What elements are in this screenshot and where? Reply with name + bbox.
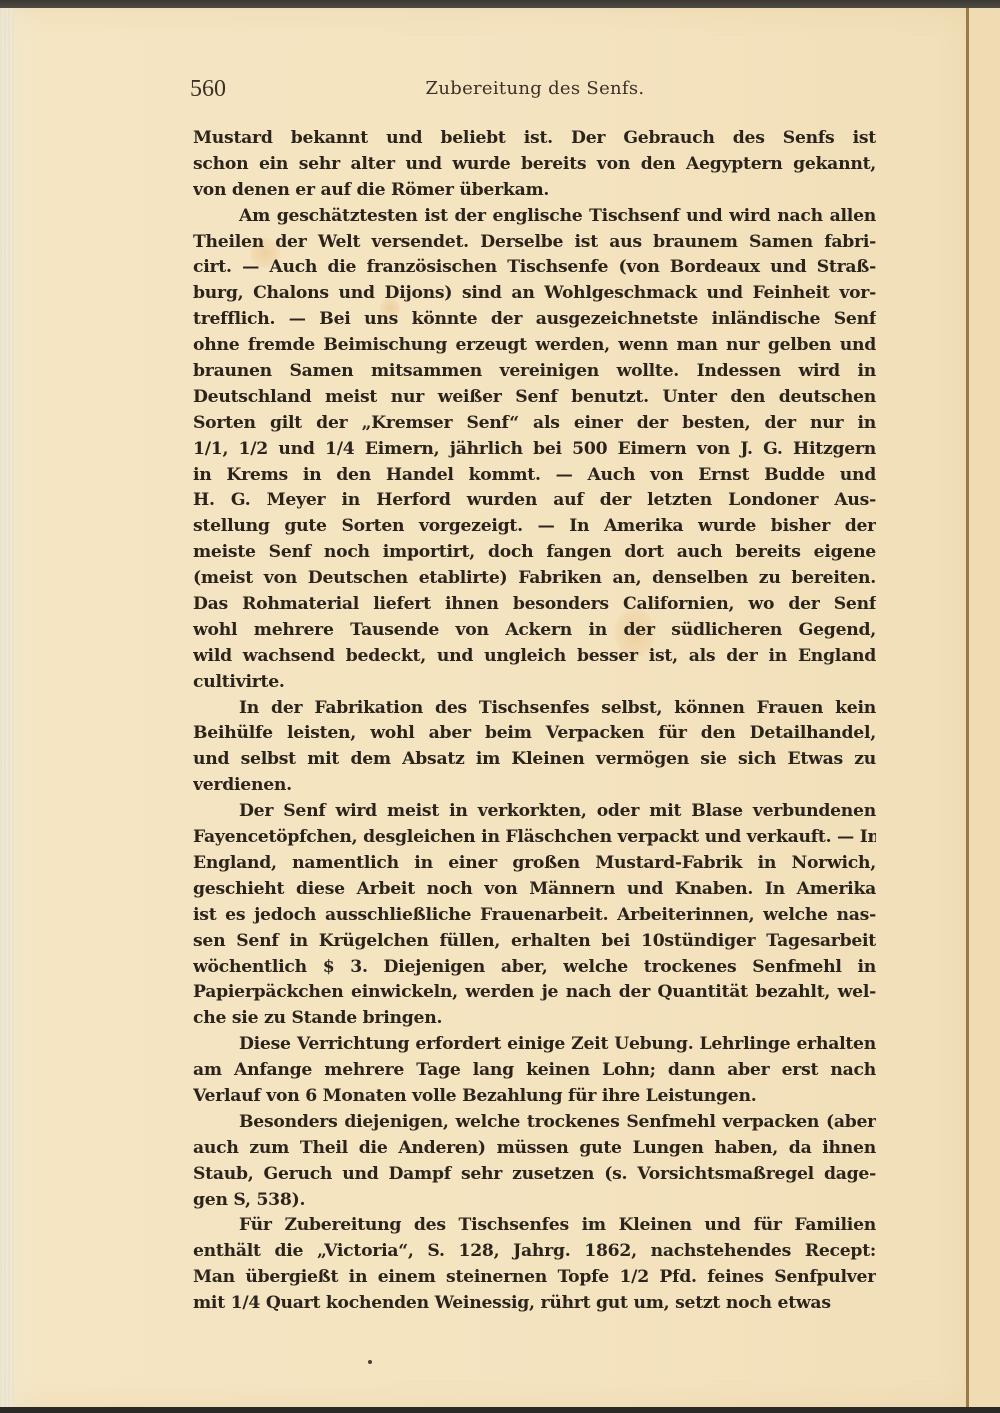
paragraph: In der Fabrikation des Tischsenfes selbs… bbox=[193, 696, 876, 800]
text-line: enthält die „Victoria“, S. 128, Jahrg. 1… bbox=[193, 1239, 876, 1265]
facing-page-edge bbox=[969, 8, 1000, 1408]
page-stack-edge bbox=[0, 8, 14, 1408]
text-line: wohl mehrere Tausende von Ackern in der … bbox=[193, 618, 876, 644]
scan-bottom-edge bbox=[0, 1407, 1000, 1413]
paragraph: Für Zubereitung des Tischsenfes im Klein… bbox=[193, 1213, 876, 1317]
text-line: Diese Verrichtung erfordert einige Zeit … bbox=[193, 1032, 876, 1058]
text-line: verdienen. bbox=[193, 773, 876, 799]
ink-speck bbox=[368, 1360, 372, 1364]
text-line: Sorten gilt der „Kremser Senf“ als einer… bbox=[193, 411, 876, 437]
text-line: meiste Senf noch importirt, doch fangen … bbox=[193, 540, 876, 566]
text-line: Verlauf von 6 Monaten volle Bezahlung fü… bbox=[193, 1084, 876, 1110]
text-line: Der Senf wird meist in verkorkten, oder … bbox=[193, 799, 876, 825]
running-head: 560 Zubereitung des Senfs. bbox=[190, 76, 880, 106]
paragraph: Mustard bekannt und beliebt ist. Der Geb… bbox=[193, 126, 876, 204]
text-line: und selbst mit dem Absatz im Kleinen ver… bbox=[193, 747, 876, 773]
text-line: Papierpäckchen einwickeln, werden je nac… bbox=[193, 980, 876, 1006]
text-line: burg, Chalons und Dijons) sind an Wohlge… bbox=[193, 281, 876, 307]
running-title: Zubereitung des Senfs. bbox=[190, 78, 880, 99]
paragraph: Der Senf wird meist in verkorkten, oder … bbox=[193, 799, 876, 1032]
paragraph: Diese Verrichtung erfordert einige Zeit … bbox=[193, 1032, 876, 1110]
paragraph: Am geschätztesten ist der englische Tisc… bbox=[193, 204, 876, 696]
text-line: cultivirte. bbox=[193, 670, 876, 696]
text-line: ohne fremde Beimischung erzeugt werden, … bbox=[193, 333, 876, 359]
paragraph: Besonders diejenigen, welche trockenes S… bbox=[193, 1110, 876, 1214]
body-text: Mustard bekannt und beliebt ist. Der Geb… bbox=[193, 126, 876, 1317]
text-line: am Anfange mehrere Tage lang keinen Lohn… bbox=[193, 1058, 876, 1084]
text-line: auch zum Theil die Anderen) müssen gute … bbox=[193, 1136, 876, 1162]
text-line: schon ein sehr alter und wurde bereits v… bbox=[193, 152, 876, 178]
text-line: Beihülfe leisten, wohl aber beim Verpack… bbox=[193, 721, 876, 747]
text-line: H. G. Meyer in Herford wurden auf der le… bbox=[193, 488, 876, 514]
text-line: (meist von Deutschen etablirte) Fabriken… bbox=[193, 566, 876, 592]
text-line: wöchentlich $ 3. Diejenigen aber, welche… bbox=[193, 955, 876, 981]
text-line: cirt. — Auch die französischen Tischsenf… bbox=[193, 255, 876, 281]
text-line: gen S, 538). bbox=[193, 1188, 876, 1214]
text-line: Staub, Geruch und Dampf sehr zusetzen (s… bbox=[193, 1162, 876, 1188]
text-line: von denen er auf die Römer überkam. bbox=[193, 178, 876, 204]
text-line: wild wachsend bedeckt, und ungleich bess… bbox=[193, 644, 876, 670]
text-line: trefflich. — Bei uns könnte der ausgezei… bbox=[193, 307, 876, 333]
text-line: in Krems in den Handel kommt. — Auch von… bbox=[193, 463, 876, 489]
text-line: Für Zubereitung des Tischsenfes im Klein… bbox=[193, 1213, 876, 1239]
text-line: ist es jedoch ausschließliche Frauenarbe… bbox=[193, 903, 876, 929]
text-line: braunen Samen mitsammen vereinigen wollt… bbox=[193, 359, 876, 385]
text-line: mit 1/4 Quart kochenden Weinessig, rührt… bbox=[193, 1291, 876, 1317]
text-line: Fayencetöpfchen, desgleichen in Fläschch… bbox=[193, 825, 876, 851]
text-line: Das Rohmaterial liefert ihnen besonders … bbox=[193, 592, 876, 618]
text-line: Theilen der Welt versendet. Derselbe ist… bbox=[193, 230, 876, 256]
text-line: stellung gute Sorten vorgezeigt. — In Am… bbox=[193, 514, 876, 540]
text-line: sen Senf in Krügelchen füllen, erhalten … bbox=[193, 929, 876, 955]
text-line: 1/1, 1/2 und 1/4 Eimern, jährlich bei 50… bbox=[193, 437, 876, 463]
text-line: In der Fabrikation des Tischsenfes selbs… bbox=[193, 696, 876, 722]
text-line: Man übergießt in einem steinernen Topfe … bbox=[193, 1265, 876, 1291]
text-line: England, namentlich in einer großen Must… bbox=[193, 851, 876, 877]
text-line: che sie zu Stande bringen. bbox=[193, 1006, 876, 1032]
text-line: Besonders diejenigen, welche trockenes S… bbox=[193, 1110, 876, 1136]
text-line: Mustard bekannt und beliebt ist. Der Geb… bbox=[193, 126, 876, 152]
text-line: geschieht diese Arbeit noch von Männern … bbox=[193, 877, 876, 903]
text-line: Deutschland meist nur weißer Senf benutz… bbox=[193, 385, 876, 411]
text-line: Am geschätztesten ist der englische Tisc… bbox=[193, 204, 876, 230]
